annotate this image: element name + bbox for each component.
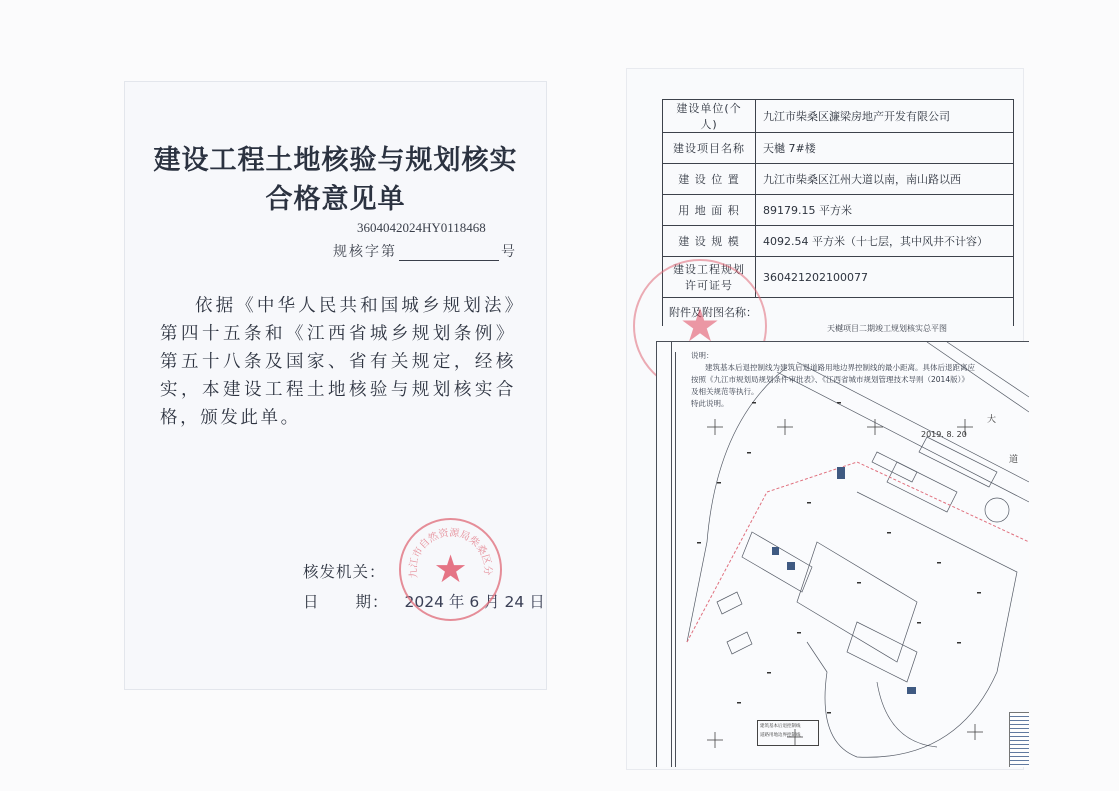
info-label: 建设单位(个人) — [663, 100, 756, 133]
info-label: 建 设 位 置 — [663, 164, 756, 195]
date-label-1: 日 — [303, 593, 320, 611]
road-label-1: 大 — [987, 412, 996, 425]
ref-blank — [399, 246, 499, 261]
info-value: 89179.15 平方米 — [756, 195, 1014, 226]
plan-title: 天樾项目二期竣工规划核实总平图 — [827, 323, 947, 334]
info-row: 建设单位(个人)九江市柴桑区濂梁房地产开发有限公司 — [663, 100, 1014, 133]
document-title-line1: 建设工程土地核验与规划核实 — [125, 138, 546, 177]
info-row: 建 设 规 模4092.54 平方米（十七层，其中风井不计容） — [663, 226, 1014, 257]
info-value: 九江市柴桑区濂梁房地产开发有限公司 — [756, 100, 1014, 133]
star-icon: ★ — [433, 550, 467, 588]
coordinate-table — [1009, 712, 1029, 767]
plan-legend: 建筑基本后退控制线 道路用地边界控制线 — [757, 720, 819, 746]
date-label-2: 期： — [356, 593, 389, 611]
info-value: 4092.54 平方米（十七层，其中风井不计容） — [756, 226, 1014, 257]
project-info-page: 建设单位(个人)九江市柴桑区濂梁房地产开发有限公司建设项目名称天樾 7#楼建 设… — [626, 68, 1024, 770]
plan-notes: 说明： 建筑基本后退控制线为建筑后退道路用地边界控制线的最小距离。具体后退距离应… — [691, 350, 975, 410]
info-label: 建设项目名称 — [663, 133, 756, 164]
info-value: 天樾 7#楼 — [756, 133, 1014, 164]
info-value: 360421202100077 — [756, 257, 1014, 298]
issuer-label: 核发机关： — [303, 560, 386, 582]
info-row: 建 设 位 置九江市柴桑区江州大道以南，南山路以西 — [663, 164, 1014, 195]
certificate-body: 依据《中华人民共和国城乡规划法》第四十五条和《江西省城乡规划条例》第五十八条及国… — [160, 292, 516, 432]
document-title-line2: 合格意见单 — [125, 177, 546, 216]
official-seal: 九江市自然资源局柴桑区分局 ★ — [399, 518, 502, 621]
info-row: 建设项目名称天樾 7#楼 — [663, 133, 1014, 164]
info-label: 用 地 面 积 — [663, 195, 756, 226]
site-plan-drawing: 说明： 建筑基本后退控制线为建筑后退道路用地边界控制线的最小距离。具体后退距离应… — [656, 341, 1029, 767]
info-row: 用 地 面 积89179.15 平方米 — [663, 195, 1014, 226]
ref-prefix: 规核字第 — [333, 244, 397, 260]
road-label-2: 道 — [1009, 452, 1018, 465]
info-value: 九江市柴桑区江州大道以南，南山路以西 — [756, 164, 1014, 195]
info-label: 建 设 规 模 — [663, 226, 756, 257]
ref-suffix: 号 — [501, 244, 517, 260]
reference-number-line: 规核字第号 — [333, 241, 517, 261]
plan-date: 2019. 8. 20 — [921, 430, 967, 439]
approval-certificate-page: 建设工程土地核验与规划核实 合格意见单 3604042024HY0118468 … — [124, 81, 547, 690]
serial-number: 3604042024HY0118468 — [357, 220, 486, 236]
